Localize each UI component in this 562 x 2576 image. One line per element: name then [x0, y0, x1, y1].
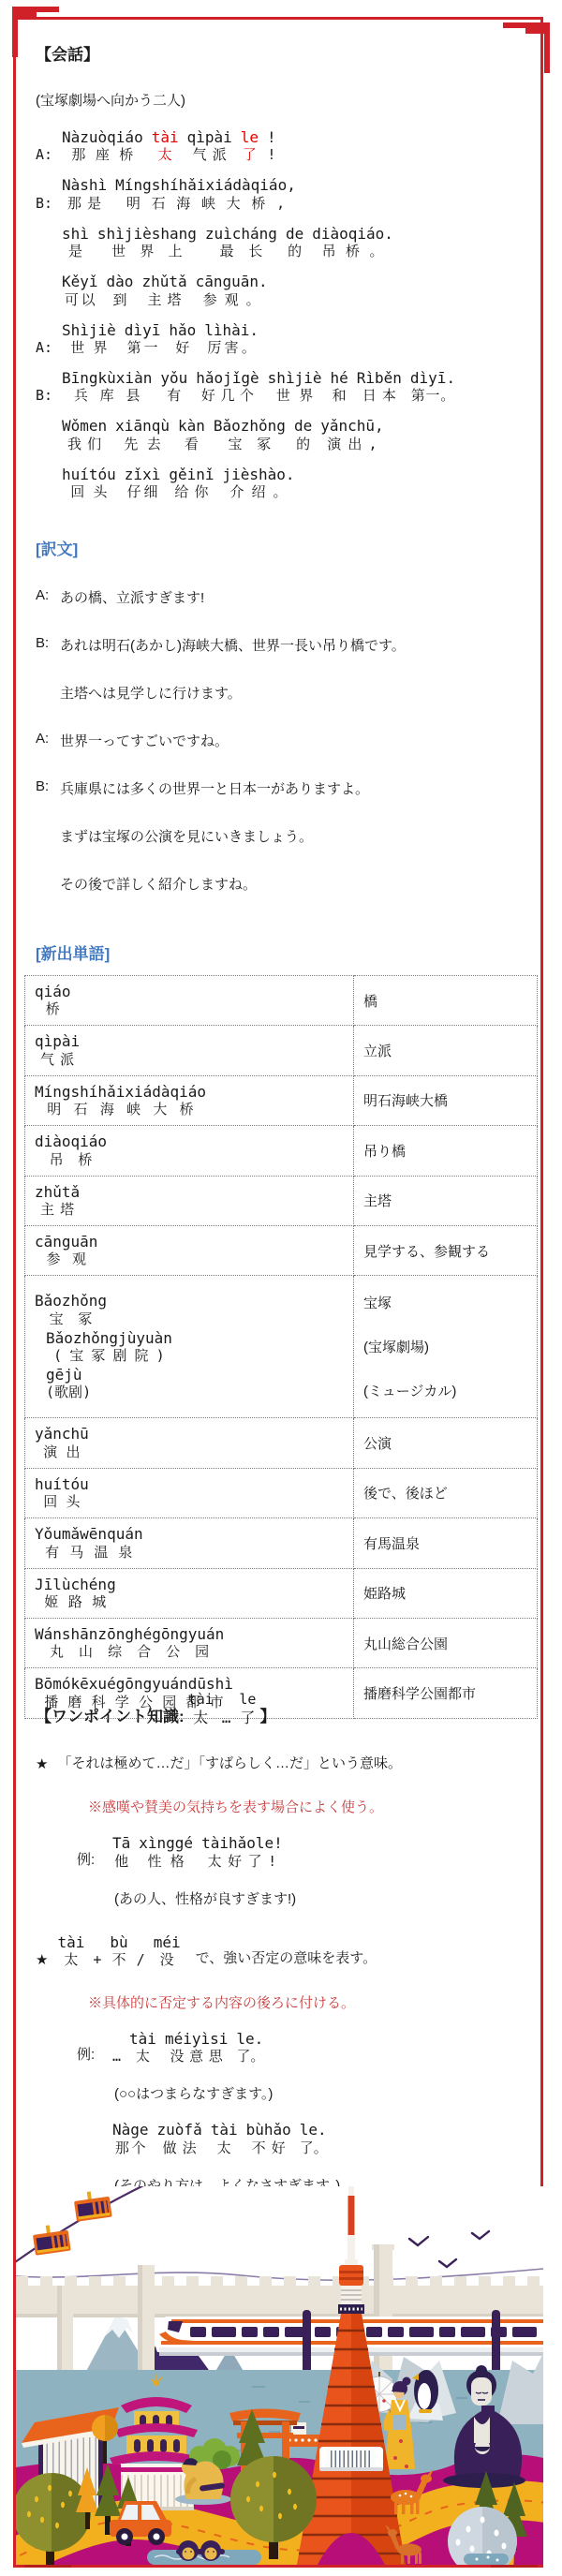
vocab-word: gējù(歌剧): [46, 1367, 344, 1400]
conversation-line: B:Nàshì那是Míngshíhǎixiádàqiáo,明石海峡大桥,: [36, 177, 530, 211]
hanzi-char: 泉: [118, 1544, 132, 1561]
hanzi-char: 那: [115, 2139, 129, 2156]
hanzi-char: 了: [236, 2048, 250, 2065]
hanzi-char: 歌: [54, 1384, 68, 1400]
pinyin-text: Bǎozhǒng: [214, 418, 286, 435]
hanzi-text: 那是: [62, 195, 107, 212]
pinyin-text: méiyìsi: [165, 2031, 228, 2048]
pinyin-hanzi-segment: le了: [241, 129, 259, 163]
pinyin-hanzi-segment: cānguān.参观。: [196, 274, 268, 307]
conversation-segments: Shìjiè世界dìyī第一hǎo好lìhài.厉害。: [62, 322, 259, 356]
hanzi-char: 明: [126, 195, 140, 212]
hanzi-text: 吊桥: [35, 1151, 107, 1168]
pinyin-hanzi-segment: dìyī.第一。: [410, 370, 455, 404]
hanzi-char: 上: [169, 243, 183, 259]
hanzi-text: 气派: [35, 1051, 80, 1068]
pinyin-text: Wǒmen: [62, 418, 107, 435]
vocab-row: qìpài气派立派: [25, 1026, 538, 1075]
vocabulary-table: qiáo桥橋qìpài气派立派Míngshíhǎixiádàqiáo明石海峡大桥…: [24, 975, 538, 1719]
pinyin-text: qìpài: [187, 129, 232, 146]
vocab-row: Wánshānzōnghégōngyuán丸山综合公园丸山総合公園: [25, 1618, 538, 1667]
hanzi-text: 不好: [246, 2139, 291, 2156]
hanzi-char: 介: [230, 483, 244, 500]
vocab-row: Yǒumǎwēnquán有马温泉有馬温泉: [25, 1518, 538, 1568]
vocabulary-heading: [新出単語]: [36, 940, 538, 964]
hanzi-text: 太: [188, 1709, 214, 1726]
vocab-meaning-cell: 見学する、参観する: [354, 1225, 538, 1275]
hanzi-char: 以: [81, 291, 96, 308]
vocab-row: Jīlùchéng姬路城姫路城: [25, 1568, 538, 1618]
translation-text: まずは宝塚の公演を見にいきましょう。: [60, 826, 313, 846]
hanzi-char: (: [53, 1347, 62, 1364]
pinyin-text: Bīngkùxiàn: [62, 370, 152, 387]
hanzi-text: (歌剧): [46, 1384, 91, 1400]
hanzi-char: 冢: [257, 436, 271, 452]
pinyin-text: tàihǎole!: [201, 1835, 283, 1852]
hanzi-char: 剧: [68, 1384, 82, 1400]
vocab-meaning-cell: 宝塚(宝塚劇場)(ミュージカル): [354, 1276, 538, 1418]
grammar-pattern: tài太…le了: [188, 1692, 257, 1726]
pinyin-text: Jīlùchéng: [35, 1577, 116, 1593]
pinyin-hanzi-segment: diàoqiáo吊桥: [35, 1133, 107, 1167]
pinyin-hanzi-segment: hé和: [330, 370, 348, 404]
japan-landmarks-illustration: [16, 2186, 543, 2565]
pinyin-hanzi-segment: le.了。: [300, 2122, 328, 2155]
vocab-word-cell: diàoqiáo吊桥: [25, 1126, 354, 1176]
hanzi-char: 出: [67, 1443, 81, 1460]
hanzi-char: 仔: [127, 483, 141, 500]
conversation-segments: Kěyǐ可以dào到zhǔtǎ主塔cānguān.参观。: [62, 274, 268, 307]
hanzi-char: 头: [67, 1493, 81, 1510]
vocab-meaning: 吊り橋: [363, 1140, 527, 1161]
pinyin-hanzi-segment: lìhài.厉害。: [204, 322, 259, 356]
pinyin-hanzi-segment: zuìcháng最长: [205, 226, 277, 259]
pinyin-hanzi-segment: dìyī第一: [125, 322, 161, 356]
hanzi-char: 海: [100, 1101, 114, 1118]
hanzi-text: 太: [211, 2139, 238, 2156]
pinyin-text: méi: [154, 1934, 181, 1951]
pinyin-hanzi-segment: cānguān参观: [35, 1234, 97, 1267]
pinyin-text: shì: [62, 226, 89, 243]
hanzi-char: 合: [137, 1643, 151, 1660]
vocab-word-cell: cānguān参观: [25, 1225, 354, 1275]
vocab-meaning: 宝塚: [363, 1281, 527, 1325]
hanzi-char: 太: [136, 2048, 150, 2065]
grammar-note-heading-suffix: 】: [259, 1703, 275, 1726]
pinyin-hanzi-segment: zǐxì仔细: [125, 466, 161, 500]
hanzi-text: 宝冢: [35, 1310, 107, 1327]
pinyin-hanzi-segment: Nàzuòqiáo那座桥: [62, 129, 143, 163]
vocab-meaning-cell: 有馬温泉: [354, 1518, 538, 1568]
hanzi-text: 主塔: [35, 1201, 80, 1218]
hanzi-char: 吊: [50, 1151, 64, 1168]
hanzi-text: 的: [286, 243, 303, 259]
grammar-bullet-text: 「それは極めて…だ」「すばらしく…だ」という意味。: [57, 1753, 402, 1772]
pinyin-hanzi-segment: Shìjiè世界: [62, 322, 116, 356]
pinyin-hanzi-segment: gěinǐ给你: [169, 466, 214, 500]
hanzi-char: 。: [242, 339, 256, 356]
pinyin-text: diàoqiáo: [35, 1133, 107, 1150]
hanzi-char: 参: [203, 291, 217, 308]
hanzi-char: 峡: [126, 1101, 140, 1118]
vocab-row: cānguān参观見学する、参観する: [25, 1225, 538, 1275]
hanzi-text: 世界: [62, 339, 116, 356]
hanzi-char: 绍: [252, 483, 266, 500]
hanzi-char: 给: [174, 483, 188, 500]
hanzi-text: 的: [294, 436, 312, 452]
translation-text: あの橋、立派すぎます!: [60, 587, 204, 607]
translation-lines: A:あの橋、立派すぎます!B:あれは明石(あかし)海峡大橋、世界一長い吊り橋です…: [36, 587, 530, 894]
hanzi-char: 塔: [168, 291, 182, 308]
hanzi-char: 一: [143, 339, 157, 356]
pinyin-hanzi-segment: xiānqù先去: [115, 418, 170, 452]
grammar-usage-note: ※具体的に否定する内容の後ろに付ける。: [88, 1992, 530, 2012]
pinyin-hanzi-segment: …: [222, 1692, 231, 1726]
pinyin-hanzi-segment: +: [93, 1934, 101, 1968]
hanzi-text: 回头: [35, 1493, 89, 1510]
bridge-post: [492, 2310, 500, 2374]
hanzi-char: 宝: [69, 1347, 83, 1364]
hanzi-char: 城: [92, 1593, 106, 1610]
pinyin-hanzi-segment: Míngshíhǎixiádàqiáo,明石海峡大桥,: [115, 177, 296, 211]
translation-text: 主塔へは見学しに行けます。: [60, 683, 242, 703]
pinyin-hanzi-segment: shìjiè世界: [268, 370, 322, 404]
hanzi-char: 好: [201, 387, 215, 404]
pinyin-hanzi-segment: de的: [286, 226, 303, 259]
pinyin-text: lìhài.: [204, 322, 259, 339]
hanzi-char: 冢: [91, 1347, 105, 1364]
vocab-word-cell: Yǒumǎwēnquán有马温泉: [25, 1518, 354, 1568]
pinyin-text: de: [286, 226, 303, 243]
pinyin-hanzi-segment: tàihǎole!太好了!: [201, 1835, 283, 1869]
hanzi-text: 演出: [35, 1443, 89, 1460]
hanzi-text: 有马温泉: [35, 1544, 143, 1561]
conversation-segments: Wǒmen我们xiānqù先去kàn看Bǎozhǒng宝冢de的yǎnchū,演…: [62, 418, 384, 452]
hanzi-char: 。: [274, 483, 288, 500]
hanzi-char: 院: [135, 1347, 149, 1364]
pinyin-hanzi-segment: le了: [239, 1692, 256, 1726]
hanzi-char: 石: [152, 195, 166, 212]
hanzi-char: 海: [176, 195, 190, 212]
hanzi-text: (宝冢剧院): [46, 1347, 172, 1364]
pinyin-hanzi-segment: shìjièshang世界上: [97, 226, 197, 259]
hanzi-char: 大: [153, 1101, 167, 1118]
hanzi-char: +: [93, 1951, 101, 1968]
vocab-meaning: 見学する、参観する: [363, 1240, 527, 1261]
hanzi-text: 了: [239, 1709, 256, 1726]
hanzi-text: 不: [110, 1951, 127, 1968]
pinyin-hanzi-segment: Bīngkùxiàn兵库县: [62, 370, 152, 404]
speaker-label: A:: [36, 146, 62, 163]
hanzi-text: 世界上: [97, 243, 197, 259]
hanzi-char: 观: [72, 1251, 86, 1267]
pinyin-hanzi-segment: qìpài气派: [35, 1033, 80, 1067]
pond: [464, 2554, 509, 2565]
hanzi-text: 到: [107, 291, 134, 308]
translation-heading: [訳文]: [36, 536, 530, 559]
vocab-word-cell: yǎnchū演出: [25, 1418, 354, 1468]
speaker-label: [36, 826, 60, 846]
hanzi-char: 不: [252, 2139, 266, 2156]
pinyin-hanzi-segment: Bǎozhǒng宝冢: [214, 418, 286, 452]
hanzi-text: 没: [154, 1951, 181, 1968]
hanzi-char: 县: [126, 387, 140, 404]
example-translation: (○○はつまらなすぎます。): [114, 2083, 530, 2103]
pinyin-hanzi-segment: dào到: [107, 274, 134, 307]
grammar-bullet-text: で、強い否定の意味を表す。: [196, 1947, 377, 1968]
pinyin-text: tài: [211, 2122, 238, 2139]
hanzi-char: 一: [425, 387, 439, 404]
pinyin-text: shìjièshang: [97, 226, 197, 243]
hanzi-char: 塔: [60, 1201, 74, 1218]
translation-text: 世界一ってすごいですね。: [60, 731, 229, 750]
pinyin-hanzi-segment: kàn看: [178, 418, 205, 452]
hanzi-text: 了: [241, 146, 259, 163]
hanzi-text: 性格: [139, 1853, 193, 1870]
hanzi-char: 了: [243, 146, 257, 163]
pinyin-hanzi-segment: huítóu回头: [35, 1476, 89, 1510]
conversation-heading: 【会話】: [36, 41, 530, 65]
hanzi-char: 先: [124, 436, 138, 452]
vocab-word: zhǔtǎ主塔: [35, 1184, 344, 1218]
hanzi-char: 吊: [322, 243, 336, 259]
vocab-word: qìpài气派: [35, 1033, 344, 1067]
pinyin-text: [222, 1692, 231, 1709]
hanzi-char: 了: [300, 2139, 314, 2156]
pinyin-text: qiáo: [35, 984, 71, 1000]
pinyin-hanzi-segment: tài太: [152, 129, 179, 163]
vocab-row: diàoqiáo吊桥吊り橋: [25, 1126, 538, 1176]
vocab-meaning-cell: 丸山総合公園: [354, 1618, 538, 1667]
star-icon: ★: [36, 1755, 48, 1772]
hanzi-text: 最长: [205, 243, 277, 259]
hanzi-char: 意: [189, 2048, 203, 2065]
pinyin-text: Nàshì: [62, 177, 107, 194]
pinyin-text: yǎnchū,: [320, 418, 383, 435]
pinyin-hanzi-segment: Bǎozhǒng宝冢: [35, 1293, 107, 1326]
pinyin-text: zǐxì: [125, 466, 161, 483]
hanzi-char: 了: [248, 1853, 262, 1870]
hanzi-text: 日本: [357, 387, 402, 404]
grammar-note-items: ★「それは極めて…だ」「すばらしく…だ」という意味。※感嘆や賛美の気持ちを表す場…: [36, 1753, 530, 2195]
translation-text: 兵庫県には多くの世界一と日本一がありますよ。: [60, 778, 369, 798]
pinyin-text: Kěyǐ: [62, 274, 98, 290]
pinyin-hanzi-segment: zuòfǎ做法: [157, 2122, 202, 2155]
hanzi-char: 明: [47, 1101, 61, 1118]
hanzi-text: 桥: [35, 1000, 71, 1017]
pinyin-hanzi-segment: yǎnchū演出: [35, 1426, 89, 1459]
hanzi-char: 世: [276, 387, 290, 404]
pinyin-text: Rìběn: [357, 370, 402, 387]
hanzi-char: 好: [272, 2139, 286, 2156]
vocab-word: huítóu回头: [35, 1476, 344, 1510]
hanzi-char: 有: [45, 1544, 59, 1561]
vocab-word: yǎnchū演出: [35, 1426, 344, 1459]
translation-section: [訳文] A:あの橋、立派すぎます!B:あれは明石(あかし)海峡大橋、世界一長い…: [36, 536, 530, 894]
pinyin-hanzi-segment: huítóu回头: [62, 466, 116, 500]
vocab-meaning: 主塔: [363, 1191, 527, 1211]
hanzi-char: 。: [369, 243, 383, 259]
pinyin-hanzi-segment: diàoqiáo.吊桥。: [312, 226, 393, 259]
hanzi-char: 第: [411, 387, 425, 404]
conversation-lines: A:Nàzuòqiáo那座桥tài太qìpài气派le了!!B:Nàshì那是M…: [36, 129, 530, 500]
hanzi-text: /: [137, 1951, 145, 1968]
vocab-word-cell: qìpài气派: [25, 1026, 354, 1075]
hanzi-text: 我们: [62, 436, 107, 452]
hanzi-char: 姬: [44, 1593, 58, 1610]
hanzi-char: 太: [158, 146, 172, 163]
pinyin-text: shìjiè: [268, 370, 322, 387]
pinyin-text: huítóu: [62, 466, 116, 483]
pinyin-hanzi-segment: Nàge那个: [112, 2122, 149, 2155]
grammar-note-heading-prefix: 【ワンポイント知識:: [36, 1703, 185, 1726]
pinyin-text: zhǔtǎ: [141, 274, 186, 290]
hanzi-char: 。: [250, 2048, 264, 2065]
translation-line: 主塔へは見学しに行けます。: [36, 683, 530, 703]
hanzi-char: 界: [299, 387, 313, 404]
hanzi-char: 个: [240, 387, 254, 404]
hanzi-char: 最: [220, 243, 234, 259]
hanzi-char: 界: [94, 339, 108, 356]
example-label: 例:: [77, 1849, 112, 1870]
hanzi-char: 宝: [229, 436, 243, 452]
hanzi-char: 回: [43, 1493, 57, 1510]
pinyin-hanzi-segment: méi没: [154, 1934, 181, 1968]
hanzi-text: 明石海峡大桥,: [115, 195, 296, 212]
hanzi-char: (: [46, 1384, 54, 1400]
hanzi-text: 第一: [125, 339, 161, 356]
pinyin-hanzi-segment: Tā他: [112, 1835, 130, 1869]
hanzi-text: 好几个: [196, 387, 259, 404]
hanzi-text: 厉害。: [204, 339, 259, 356]
hanzi-char: 温: [94, 1544, 108, 1561]
speaker-label: B:: [36, 195, 62, 212]
vocab-word: Bǎozhǒng宝冢: [35, 1293, 344, 1326]
vocab-word: cānguān参观: [35, 1234, 344, 1267]
pinyin-text: cānguān: [35, 1234, 97, 1251]
pinyin-hanzi-segment: !!: [267, 129, 276, 163]
pinyin-text: zhǔtǎ: [35, 1184, 80, 1201]
hanzi-char: 峡: [201, 195, 215, 212]
pinyin-hanzi-segment: shì是: [62, 226, 89, 259]
example-segments: …tài太méiyìsi没意思le.了。: [112, 2031, 264, 2065]
hanzi-char: 害: [225, 339, 239, 356]
hanzi-char: 桥: [119, 146, 133, 163]
vocab-meaning-cell: 公演: [354, 1418, 538, 1468]
hanzi-char: 性: [148, 1853, 162, 1870]
hanzi-char: 石: [74, 1101, 88, 1118]
hanzi-char: 。: [440, 387, 454, 404]
pinyin-hanzi-segment: gējù(歌剧): [46, 1367, 91, 1400]
hanzi-char: 他: [114, 1853, 128, 1870]
hanzi-text: 气派: [187, 146, 232, 163]
vocab-row: qiáo桥橋: [25, 976, 538, 1026]
pinyin-hanzi-segment: Yǒumǎwēnquán有马温泉: [35, 1526, 143, 1560]
pinyin-text: yǒu: [160, 370, 187, 387]
pinyin-text: dìyī: [125, 322, 161, 339]
grammar-bullet: ★tài太+bù不/méi没で、強い否定の意味を表す。: [36, 1934, 530, 1968]
hanzi-text: 吊桥。: [312, 243, 393, 259]
conversation-line: shì是shìjièshang世界上zuìcháng最长de的diàoqiáo.…: [36, 226, 530, 259]
conversation-line: Wǒmen我们xiānqù先去kàn看Bǎozhǒng宝冢de的yǎnchū,演…: [36, 418, 530, 452]
hanzi-text: 可以: [62, 291, 98, 308]
pinyin-hanzi-segment: hǎojǐgè好几个: [196, 370, 259, 404]
vocab-meaning: 公演: [363, 1433, 527, 1454]
pinyin-text: jièshào.: [223, 466, 295, 483]
hanzi-char: 气: [193, 146, 207, 163]
translation-line: B:あれは明石(あかし)海峡大橋、世界一長い吊り橋です。: [36, 635, 530, 655]
pinyin-text: hé: [330, 370, 348, 387]
grammar-note-section: 【ワンポイント知識: tài太…le了 】 ★「それは極めて…だ」「すばらしく……: [36, 1692, 530, 2195]
hanzi-char: 演: [43, 1443, 57, 1460]
hanzi-char: 格: [170, 1853, 185, 1870]
hanzi-char: 参: [46, 1251, 60, 1267]
hanzi-char: 剧: [112, 1347, 126, 1364]
vocab-row: yǎnchū演出公演: [25, 1418, 538, 1468]
hanzi-char: 你: [194, 483, 208, 500]
pinyin-hanzi-segment: le.了。: [236, 2031, 264, 2065]
hanzi-char: 没: [170, 2048, 185, 2065]
vocab-word: Wánshānzōnghégōngyuán丸山综合公园: [35, 1626, 344, 1660]
pinyin-hanzi-segment: …: [112, 2031, 121, 2065]
conversation-segments: Nàzuòqiáo那座桥tài太qìpài气派le了!!: [62, 129, 276, 163]
hanzi-text: 回头: [62, 483, 116, 500]
hanzi-char: 。: [314, 2139, 328, 2156]
conversation-section: 【会話】 (宝塚劇場へ向かう二人) A:Nàzuòqiáo那座桥tài太qìpà…: [36, 41, 530, 514]
hanzi-text: …: [222, 1709, 231, 1726]
pinyin-hanzi-segment: tài太: [129, 2031, 156, 2065]
hanzi-text: 太: [152, 146, 179, 163]
grammar-bullet: ★「それは極めて…だ」「すばらしく…だ」という意味。: [36, 1753, 530, 1772]
hanzi-char: …: [222, 1709, 231, 1726]
hanzi-text: 太: [129, 2048, 156, 2065]
hanzi-char: 桥: [78, 1151, 92, 1168]
hanzi-char: 本: [382, 387, 396, 404]
pinyin-hanzi-segment: qiáo桥: [35, 984, 71, 1017]
pinyin-text: Bǎozhǒng: [35, 1293, 107, 1310]
lesson-page: 【会話】 (宝塚劇場へ向かう二人) A:Nàzuòqiáo那座桥tài太qìpà…: [0, 0, 562, 2576]
hanzi-char: 气: [40, 1051, 54, 1068]
hanzi-char: 兵: [74, 387, 88, 404]
translation-line: その後で詳しく紹介しますね。: [36, 874, 530, 894]
vocab-word: qiáo桥: [35, 984, 344, 1017]
hanzi-char: 太: [217, 2139, 231, 2156]
speaker-label: A:: [36, 339, 62, 356]
hanzi-char: 派: [213, 146, 227, 163]
hanzi-char: 思: [209, 2048, 223, 2065]
pinyin-hanzi-segment: tài太: [188, 1692, 214, 1726]
vocab-word-cell: huítóu回头: [25, 1468, 354, 1517]
pinyin-text: Nàzuòqiáo: [62, 129, 143, 146]
pinyin-text: tài: [129, 2031, 156, 2048]
pinyin-text: le.: [300, 2122, 328, 2139]
pinyin-text: xìnggé: [139, 1835, 193, 1852]
pinyin-hanzi-segment: Rìběn日本: [357, 370, 402, 404]
pinyin-hanzi-segment: tài太: [57, 1934, 84, 1968]
pinyin-hanzi-segment: tài太: [211, 2122, 238, 2155]
hanzi-char: 没: [160, 1951, 174, 1968]
pinyin-text: tài: [57, 1934, 84, 1951]
grammar-usage-note: ※感嘆や賛美の気持ちを表す場合によく使う。: [88, 1797, 530, 1816]
hanzi-char: 园: [195, 1643, 209, 1660]
pinyin-text: le: [239, 1692, 256, 1709]
conversation-line: A:Nàzuòqiáo那座桥tài太qìpài气派le了!!: [36, 129, 530, 163]
hanzi-text: 先去: [115, 436, 170, 452]
vocab-word-cell: Jīlùchéng姬路城: [25, 1568, 354, 1618]
pinyin-hanzi-segment: jièshào.介绍。: [223, 466, 295, 500]
hanzi-text: …: [112, 2048, 121, 2065]
pinyin-text: bùhǎo: [246, 2122, 291, 2139]
